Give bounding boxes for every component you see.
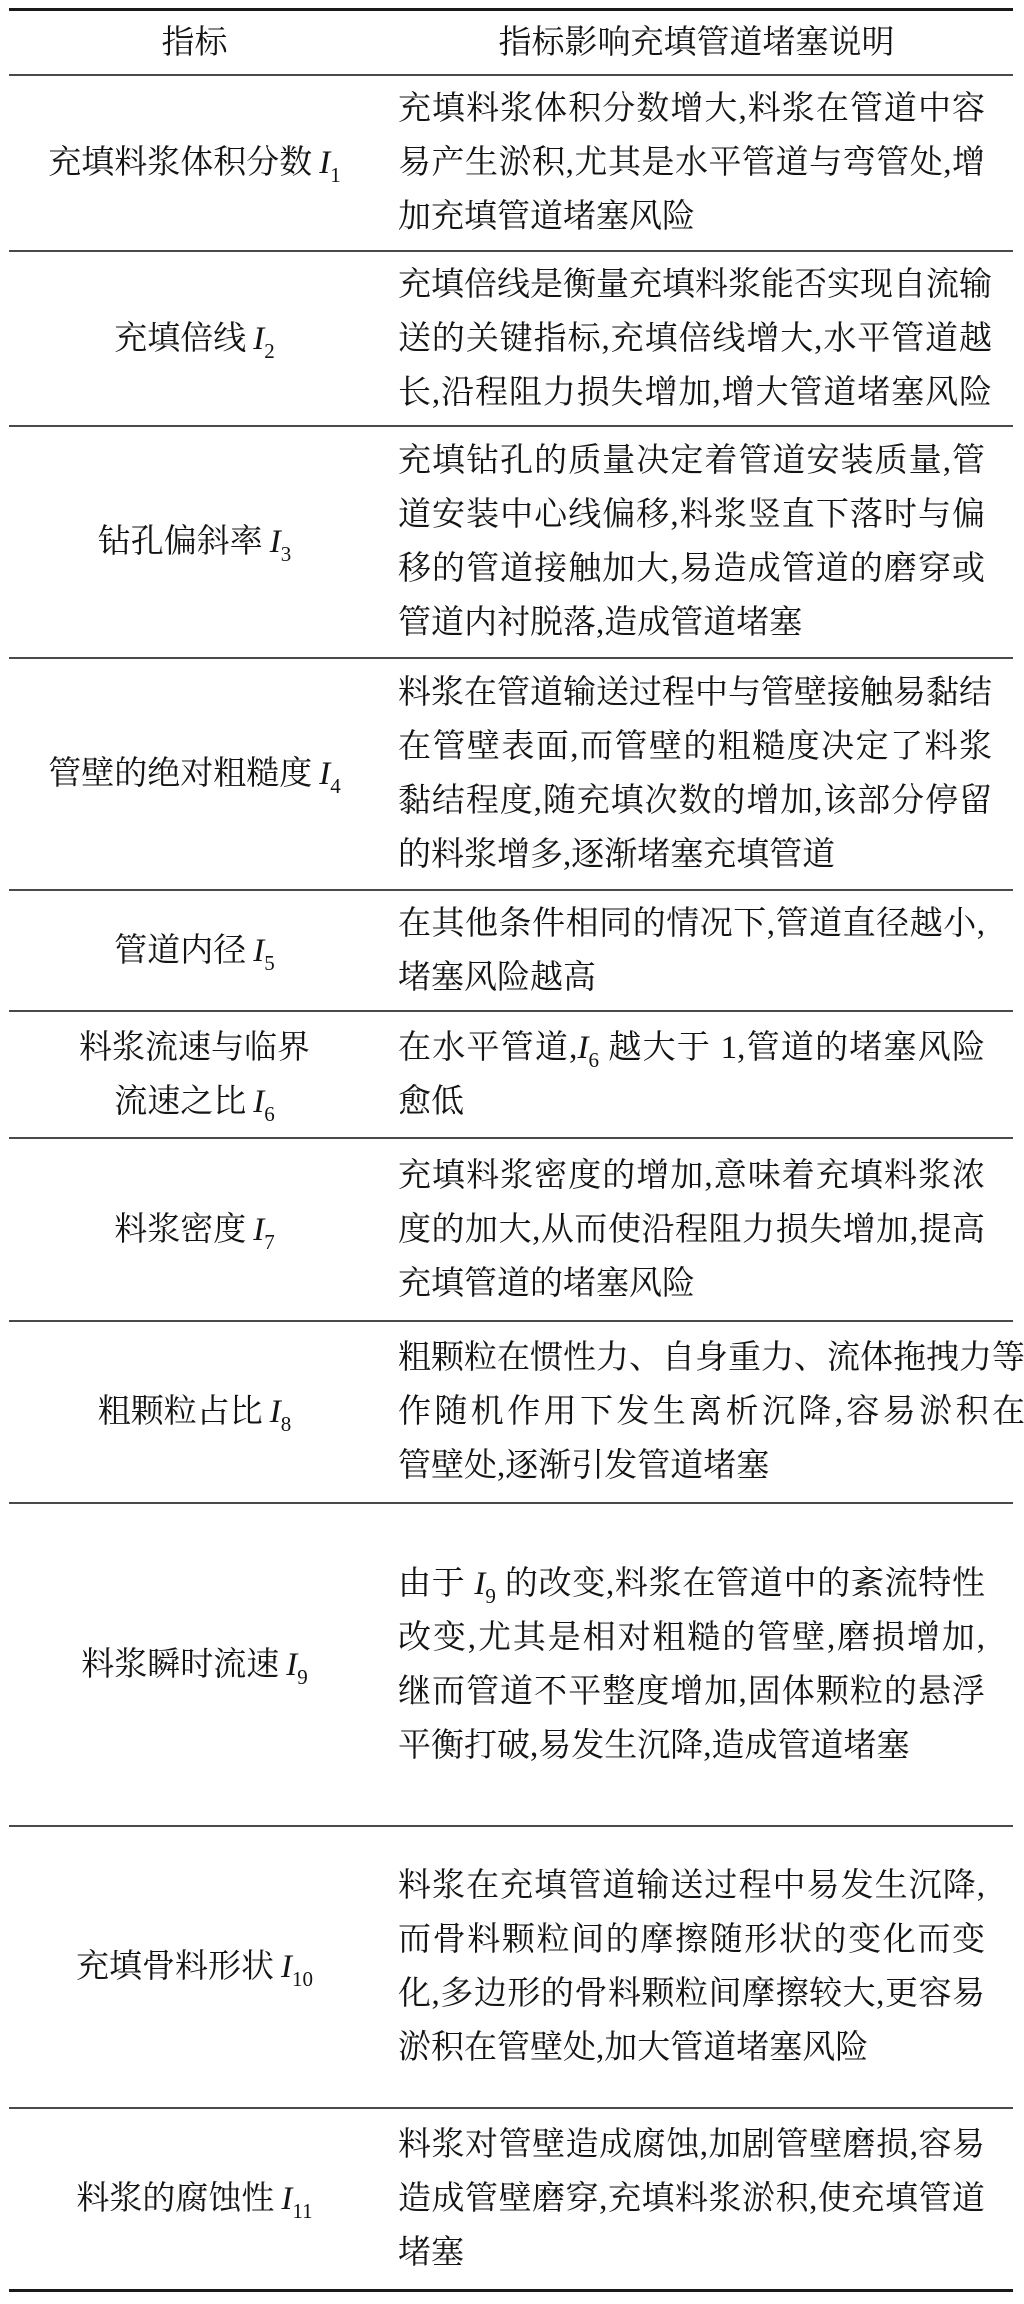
- indicator-name: 充填倍线: [114, 321, 246, 357]
- indicator-name: 料浆的腐蚀性: [76, 2181, 274, 2217]
- description-cell: 充填倍线是衡量充填料浆能否实现自流输 送的关键指标,充填倍线增大,水平管道越 长…: [380, 252, 1020, 425]
- description-line: 改变,尤其是相对粗糙的管壁,磨损增加,: [398, 1611, 985, 1665]
- indicator-symbol: I: [319, 145, 330, 181]
- table-row: 料浆瞬时流速I9 由于 I9 的改变,料浆在管道中的紊流特性 改变,尤其是相对粗…: [9, 1504, 1013, 1827]
- description-line: 充填料浆体积分数增大,料浆在管道中容: [398, 82, 985, 136]
- description-line: 在水平管道,I6 越大于 1,管道的堵塞风险: [398, 1021, 985, 1075]
- indicator-name: 充填料浆体积分数: [48, 145, 312, 181]
- indicator-cell: 料浆密度I7: [9, 1139, 380, 1320]
- table-row: 料浆流速与临界 流速之比I6 在水平管道,I6 越大于 1,管道的堵塞风险 愈低: [9, 1012, 1013, 1139]
- indicator-label: 管壁的绝对粗糙度I4: [48, 747, 341, 801]
- description-line: 长,沿程阻力损失增加,增大管道堵塞风险: [398, 366, 992, 420]
- table-row: 充填料浆体积分数I1 充填料浆体积分数增大,料浆在管道中容 易产生淤积,尤其是水…: [9, 76, 1013, 252]
- description-line: 加充填管道堵塞风险: [398, 190, 985, 244]
- description-line: 充填料浆密度的增加,意味着充填料浆浓: [398, 1149, 985, 1203]
- indicator-symbol: I: [270, 524, 281, 560]
- description-text: 的改变,料浆在管道中的紊流特性: [496, 1566, 985, 1602]
- indicator-name: 钻孔偏斜率: [98, 524, 263, 560]
- description-line: 而骨料颗粒间的摩擦随形状的变化而变: [398, 1913, 985, 1967]
- description-cell: 由于 I9 的改变,料浆在管道中的紊流特性 改变,尤其是相对粗糙的管壁,磨损增加…: [380, 1504, 1013, 1825]
- description-cell: 在其他条件相同的情况下,管道直径越小, 堵塞风险越高: [380, 891, 1013, 1010]
- description-cell: 充填料浆密度的增加,意味着充填料浆浓 度的加大,从而使沿程阻力损失增加,提高 充…: [380, 1139, 1013, 1320]
- indicator-symbol: I: [253, 933, 264, 969]
- indicator-label: 料浆密度I7: [114, 1203, 275, 1257]
- description-text: 在水平管道,: [398, 1030, 577, 1066]
- indicator-subscript: 8: [281, 1412, 292, 1436]
- table-row: 管道内径I5 在其他条件相同的情况下,管道直径越小, 堵塞风险越高: [9, 891, 1013, 1012]
- description-line: 粗颗粒在惯性力、自身重力、流体拖拽力等: [398, 1331, 1024, 1385]
- header-indicator-cell: 指标: [9, 11, 380, 74]
- indicator-subscript: 9: [297, 1665, 308, 1689]
- indicator-subscript: 3: [281, 542, 292, 566]
- indicator-subscript: 10: [292, 1967, 313, 1991]
- indicator-subscript: 11: [292, 2199, 312, 2223]
- description-line: 黏结程度,随充填次数的增加,该部分停留: [398, 774, 992, 828]
- inline-symbol: I: [577, 1030, 588, 1066]
- indicator-cell: 充填倍线I2: [9, 252, 380, 425]
- indicator-label: 钻孔偏斜率I3: [98, 515, 292, 569]
- table-row: 充填倍线I2 充填倍线是衡量充填料浆能否实现自流输 送的关键指标,充填倍线增大,…: [9, 252, 1013, 427]
- description-line: 堵塞: [398, 2226, 985, 2280]
- indicator-symbol: I: [253, 321, 264, 357]
- description-line: 度的加大,从而使沿程阻力损失增加,提高: [398, 1203, 985, 1257]
- description-cell: 料浆在管道输送过程中与管壁接触易黏结 在管壁表面,而管壁的粗糙度决定了料浆 黏结…: [380, 659, 1020, 889]
- description-line: 送的关键指标,充填倍线增大,水平管道越: [398, 312, 992, 366]
- description-cell: 充填料浆体积分数增大,料浆在管道中容 易产生淤积,尤其是水平管道与弯管处,增 加…: [380, 76, 1013, 250]
- description-line: 愈低: [398, 1075, 985, 1129]
- description-line: 化,多边形的骨料颗粒间摩擦较大,更容易: [398, 1967, 985, 2021]
- description-line: 平衡打破,易发生沉降,造成管道堵塞: [398, 1719, 985, 1773]
- indicator-cell: 料浆流速与临界 流速之比I6: [9, 1012, 380, 1137]
- indicator-label: 管道内径I5: [114, 924, 275, 978]
- indicator-cell: 料浆的腐蚀性I11: [9, 2109, 380, 2289]
- indicator-name: 料浆流速与临界: [79, 1030, 310, 1066]
- indicator-cell: 管道内径I5: [9, 891, 380, 1010]
- header-description-cell: 指标影响充填管道堵塞说明: [380, 11, 1013, 74]
- indicator-symbol: I: [286, 1647, 297, 1683]
- description-text: 越大于 1,管道的堵塞风险: [599, 1030, 985, 1066]
- description-line: 由于 I9 的改变,料浆在管道中的紊流特性: [398, 1557, 985, 1611]
- description-line: 在管壁表面,而管壁的粗糙度决定了料浆: [398, 720, 992, 774]
- table-row: 料浆的腐蚀性I11 料浆对管壁造成腐蚀,加剧管壁磨损,容易 造成管壁磨穿,充填料…: [9, 2109, 1013, 2289]
- indicator-symbol: I: [319, 756, 330, 792]
- description-text: 由于: [398, 1566, 474, 1602]
- indicator-label: 料浆的腐蚀性I11: [76, 2172, 312, 2226]
- description-line: 料浆对管壁造成腐蚀,加剧管壁磨损,容易: [398, 2118, 985, 2172]
- description-cell: 料浆对管壁造成腐蚀,加剧管壁磨损,容易 造成管壁磨穿,充填料浆淤积,使充填管道 …: [380, 2109, 1013, 2289]
- description-line: 移的管道接触加大,易造成管道的磨穿或: [398, 542, 985, 596]
- header-description-label: 指标影响充填管道堵塞说明: [499, 16, 895, 70]
- indicator-subscript: 2: [264, 339, 275, 363]
- indicator-cell: 管壁的绝对粗糙度I4: [9, 659, 380, 889]
- indicator-label: 料浆流速与临界: [79, 1021, 310, 1075]
- description-line: 在其他条件相同的情况下,管道直径越小,: [398, 897, 985, 951]
- table-header-row: 指标 指标影响充填管道堵塞说明: [9, 11, 1013, 76]
- description-line: 易产生淤积,尤其是水平管道与弯管处,增: [398, 136, 985, 190]
- inline-subscript: 9: [485, 1584, 496, 1608]
- description-cell: 料浆在充填管道输送过程中易发生沉降, 而骨料颗粒间的摩擦随形状的变化而变 化,多…: [380, 1827, 1013, 2107]
- description-line: 继而管道不平整度增加,固体颗粒的悬浮: [398, 1665, 985, 1719]
- indicator-label: 充填骨料形状I10: [76, 1940, 313, 1994]
- description-cell: 充填钻孔的质量决定着管道安装质量,管 道安装中心线偏移,料浆竖直下落时与偏 移的…: [380, 427, 1013, 657]
- indicator-label: 充填倍线I2: [114, 312, 275, 366]
- indicator-cell: 充填料浆体积分数I1: [9, 76, 380, 250]
- table-row: 管壁的绝对粗糙度I4 料浆在管道输送过程中与管壁接触易黏结 在管壁表面,而管壁的…: [9, 659, 1013, 891]
- description-line: 堵塞风险越高: [398, 951, 985, 1005]
- inline-symbol: I: [474, 1566, 485, 1602]
- indicator-symbol: I: [253, 1084, 264, 1120]
- indicator-name: 充填骨料形状: [76, 1949, 274, 1985]
- table-row: 料浆密度I7 充填料浆密度的增加,意味着充填料浆浓 度的加大,从而使沿程阻力损失…: [9, 1139, 1013, 1322]
- indicator-label: 料浆瞬时流速I9: [81, 1638, 308, 1692]
- description-line: 淤积在管壁处,加大管道堵塞风险: [398, 2021, 985, 2075]
- indicator-symbol: I: [281, 2181, 292, 2217]
- description-cell: 在水平管道,I6 越大于 1,管道的堵塞风险 愈低: [380, 1012, 1013, 1137]
- description-cell: 粗颗粒在惯性力、自身重力、流体拖拽力等 作随机作用下发生离析沉降,容易淤积在 管…: [380, 1322, 1024, 1502]
- description-line: 管壁处,逐渐引发管道堵塞: [398, 1439, 1024, 1493]
- inline-subscript: 6: [588, 1048, 599, 1072]
- indicator-name: 料浆密度: [114, 1212, 246, 1248]
- description-line: 的料浆增多,逐渐堵塞充填管道: [398, 828, 992, 882]
- description-line: 管道内衬脱落,造成管道堵塞: [398, 596, 985, 650]
- indicator-name: 粗颗粒占比: [98, 1394, 263, 1430]
- table-row: 充填骨料形状I10 料浆在充填管道输送过程中易发生沉降, 而骨料颗粒间的摩擦随形…: [9, 1827, 1013, 2109]
- indicator-table: 指标 指标影响充填管道堵塞说明 充填料浆体积分数I1 充填料浆体积分数增大,料浆…: [9, 8, 1013, 2292]
- indicator-cell: 充填骨料形状I10: [9, 1827, 380, 2107]
- description-line: 料浆在充填管道输送过程中易发生沉降,: [398, 1859, 985, 1913]
- indicator-subscript: 6: [264, 1102, 275, 1126]
- description-line: 造成管壁磨穿,充填料浆淤积,使充填管道: [398, 2172, 985, 2226]
- description-line: 料浆在管道输送过程中与管壁接触易黏结: [398, 666, 992, 720]
- indicator-name: 管道内径: [114, 933, 246, 969]
- indicator-symbol: I: [253, 1212, 264, 1248]
- indicator-cell: 粗颗粒占比I8: [9, 1322, 380, 1502]
- description-line: 道安装中心线偏移,料浆竖直下落时与偏: [398, 488, 985, 542]
- indicator-label: 流速之比I6: [114, 1075, 275, 1129]
- indicator-cell: 钻孔偏斜率I3: [9, 427, 380, 657]
- indicator-subscript: 4: [330, 774, 341, 798]
- indicator-cell: 料浆瞬时流速I9: [9, 1504, 380, 1825]
- table-row: 钻孔偏斜率I3 充填钻孔的质量决定着管道安装质量,管 道安装中心线偏移,料浆竖直…: [9, 427, 1013, 659]
- indicator-label: 粗颗粒占比I8: [98, 1385, 292, 1439]
- indicator-subscript: 5: [264, 951, 275, 975]
- description-line: 充填倍线是衡量充填料浆能否实现自流输: [398, 258, 992, 312]
- indicator-label: 充填料浆体积分数I1: [48, 136, 341, 190]
- header-indicator-label: 指标: [162, 16, 228, 70]
- indicator-symbol: I: [270, 1394, 281, 1430]
- indicator-subscript: 1: [330, 163, 341, 187]
- indicator-name: 料浆瞬时流速: [81, 1647, 279, 1683]
- table-row: 粗颗粒占比I8 粗颗粒在惯性力、自身重力、流体拖拽力等 作随机作用下发生离析沉降…: [9, 1322, 1013, 1504]
- description-line: 作随机作用下发生离析沉降,容易淤积在: [398, 1385, 1024, 1439]
- indicator-name: 管壁的绝对粗糙度: [48, 756, 312, 792]
- description-line: 充填钻孔的质量决定着管道安装质量,管: [398, 434, 985, 488]
- description-line: 充填管道的堵塞风险: [398, 1257, 985, 1311]
- indicator-name: 流速之比: [114, 1084, 246, 1120]
- indicator-subscript: 7: [264, 1230, 275, 1254]
- indicator-symbol: I: [281, 1949, 292, 1985]
